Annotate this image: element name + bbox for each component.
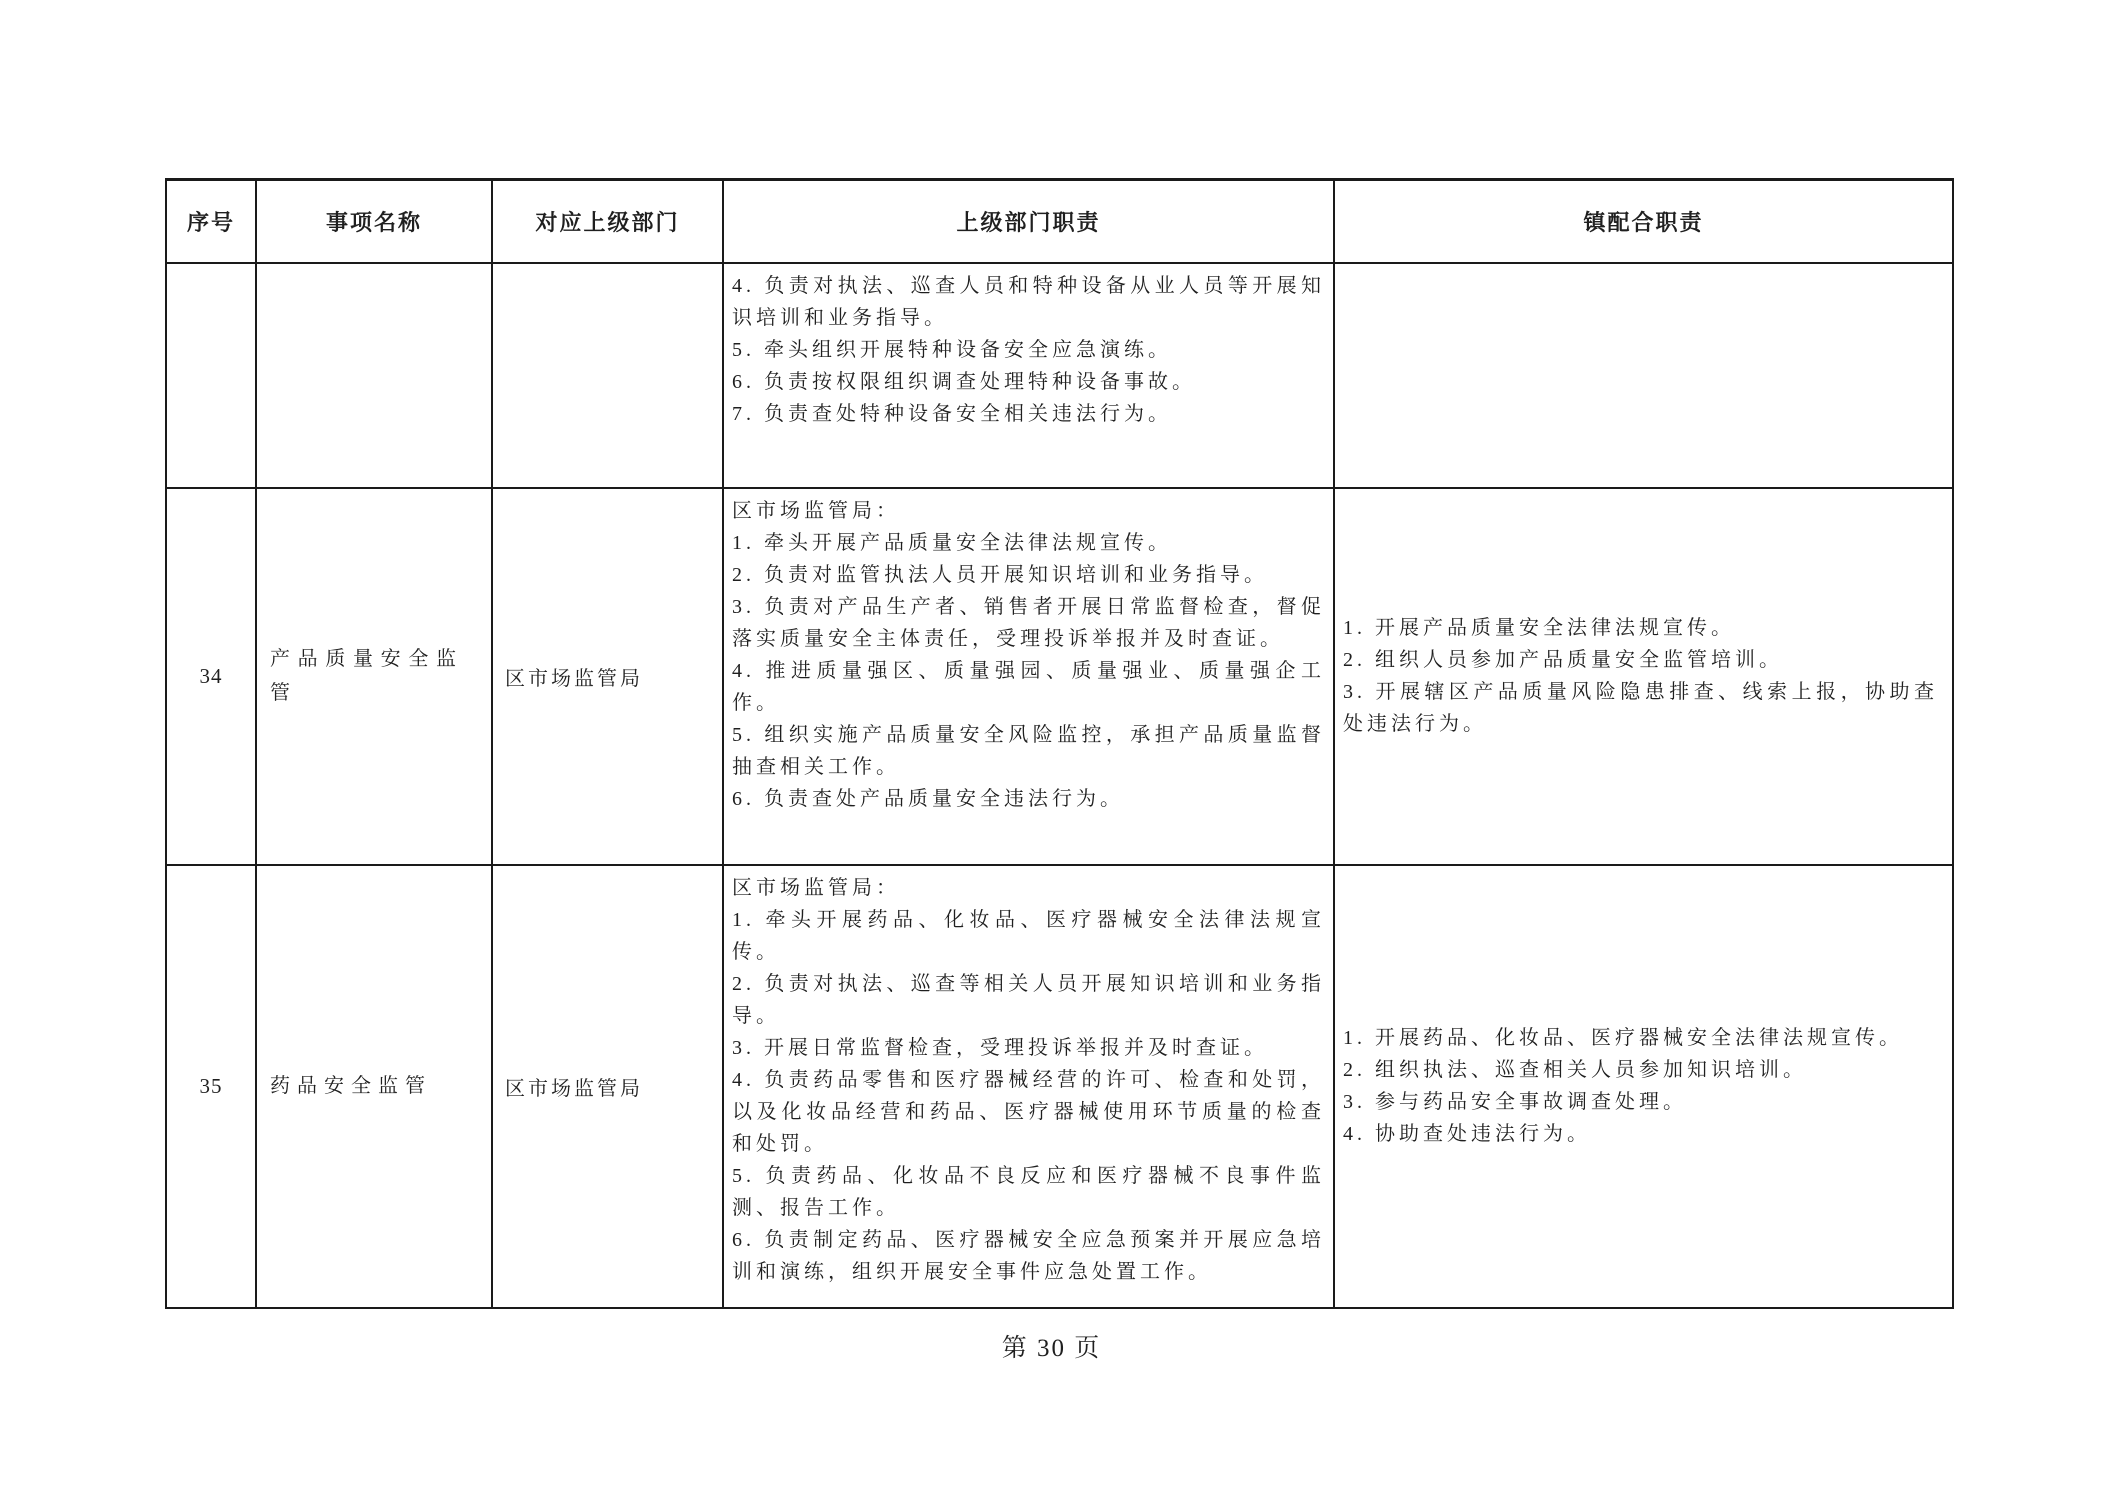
column-header-item-name: 事项名称 xyxy=(256,180,492,263)
item-name-cell: 药品安全监管 xyxy=(256,865,492,1308)
duty-item: 3. 参与药品安全事故调查处理。 xyxy=(1343,1086,1938,1118)
duty-item: 1. 开展产品质量安全法律法规宣传。 xyxy=(1343,612,1938,644)
document-page: 序号 事项名称 对应上级部门 上级部门职责 镇配合职责 4. 负责对执法、巡查人… xyxy=(0,0,2103,1486)
duty-item: 2. 负责对执法、巡查等相关人员开展知识培训和业务指导。 xyxy=(732,968,1325,1032)
duty-item: 1. 牵头开展产品质量安全法律法规宣传。 xyxy=(732,527,1325,559)
duty-heading: 区市场监管局： xyxy=(732,872,1325,904)
duty-item: 5. 组织实施产品质量安全风险监控，承担产品质量监督抽查相关工作。 xyxy=(732,719,1325,783)
duty-item: 6. 负责制定药品、医疗器械安全应急预案并开展应急培训和演练，组织开展安全事件应… xyxy=(732,1224,1325,1288)
duty-item: 4. 协助查处违法行为。 xyxy=(1343,1118,1938,1150)
column-header-town-duties: 镇配合职责 xyxy=(1334,180,1953,263)
table-row-continuation: 4. 负责对执法、巡查人员和特种设备从业人员等开展知识培训和业务指导。 5. 牵… xyxy=(166,263,1953,488)
duty-item: 2. 组织执法、巡查相关人员参加知识培训。 xyxy=(1343,1054,1938,1086)
table-header-row: 序号 事项名称 对应上级部门 上级部门职责 镇配合职责 xyxy=(166,180,1953,263)
town-duties-cell: 1. 开展药品、化妆品、医疗器械安全法律法规宣传。 2. 组织执法、巡查相关人员… xyxy=(1334,865,1953,1308)
town-duties-cell: 1. 开展产品质量安全法律法规宣传。 2. 组织人员参加产品质量安全监管培训。 … xyxy=(1334,488,1953,865)
superior-duties-cell: 区市场监管局： 1. 牵头开展产品质量安全法律法规宣传。 2. 负责对监管执法人… xyxy=(723,488,1334,865)
duty-item: 6. 负责查处产品质量安全违法行为。 xyxy=(732,783,1325,815)
duty-item: 5. 负责药品、化妆品不良反应和医疗器械不良事件监测、报告工作。 xyxy=(732,1160,1325,1224)
duty-item: 1. 牵头开展药品、化妆品、医疗器械安全法律法规宣传。 xyxy=(732,904,1325,968)
duty-item: 4. 负责对执法、巡查人员和特种设备从业人员等开展知识培训和业务指导。 xyxy=(732,270,1325,334)
duty-item: 5. 牵头组织开展特种设备安全应急演练。 xyxy=(732,334,1325,366)
superior-dept-cell: 区市场监管局 xyxy=(492,865,723,1308)
duty-item: 4. 负责药品零售和医疗器械经营的许可、检查和处罚，以及化妆品经营和药品、医疗器… xyxy=(732,1064,1325,1160)
superior-duties-cell: 区市场监管局： 1. 牵头开展药品、化妆品、医疗器械安全法律法规宣传。 2. 负… xyxy=(723,865,1334,1308)
item-name-cell: 产品质量安全监管 xyxy=(256,488,492,865)
duty-item: 4. 推进质量强区、质量强园、质量强业、质量强企工作。 xyxy=(732,655,1325,719)
duty-item: 3. 开展日常监督检查，受理投诉举报并及时查证。 xyxy=(732,1032,1325,1064)
column-header-seq: 序号 xyxy=(166,180,256,263)
duty-heading: 区市场监管局： xyxy=(732,495,1325,527)
duty-item: 2. 组织人员参加产品质量安全监管培训。 xyxy=(1343,644,1938,676)
column-header-superior-duties: 上级部门职责 xyxy=(723,180,1334,263)
town-duties-cell-empty xyxy=(1334,263,1953,488)
duty-item: 1. 开展药品、化妆品、医疗器械安全法律法规宣传。 xyxy=(1343,1022,1938,1054)
duty-item: 2. 负责对监管执法人员开展知识培训和业务指导。 xyxy=(732,559,1325,591)
table-row-34: 34 产品质量安全监管 区市场监管局 区市场监管局： 1. 牵头开展产品质量安全… xyxy=(166,488,1953,865)
superior-duties-cell: 4. 负责对执法、巡查人员和特种设备从业人员等开展知识培训和业务指导。 5. 牵… xyxy=(723,263,1334,488)
duty-item: 6. 负责按权限组织调查处理特种设备事故。 xyxy=(732,366,1325,398)
seq-cell: 35 xyxy=(166,865,256,1308)
duty-item: 3. 开展辖区产品质量风险隐患排查、线索上报，协助查处违法行为。 xyxy=(1343,676,1938,740)
duty-matrix-table: 序号 事项名称 对应上级部门 上级部门职责 镇配合职责 4. 负责对执法、巡查人… xyxy=(165,178,1954,1309)
duty-item: 3. 负责对产品生产者、销售者开展日常监督检查，督促落实质量安全主体责任，受理投… xyxy=(732,591,1325,655)
table-row-35: 35 药品安全监管 区市场监管局 区市场监管局： 1. 牵头开展药品、化妆品、医… xyxy=(166,865,1953,1308)
page-number: 第 30 页 xyxy=(0,1328,2103,1364)
superior-dept-cell: 区市场监管局 xyxy=(492,488,723,865)
duty-item: 7. 负责查处特种设备安全相关违法行为。 xyxy=(732,398,1325,430)
superior-dept-cell-empty xyxy=(492,263,723,488)
seq-cell: 34 xyxy=(166,488,256,865)
seq-cell-empty xyxy=(166,263,256,488)
column-header-superior-dept: 对应上级部门 xyxy=(492,180,723,263)
item-name-cell-empty xyxy=(256,263,492,488)
